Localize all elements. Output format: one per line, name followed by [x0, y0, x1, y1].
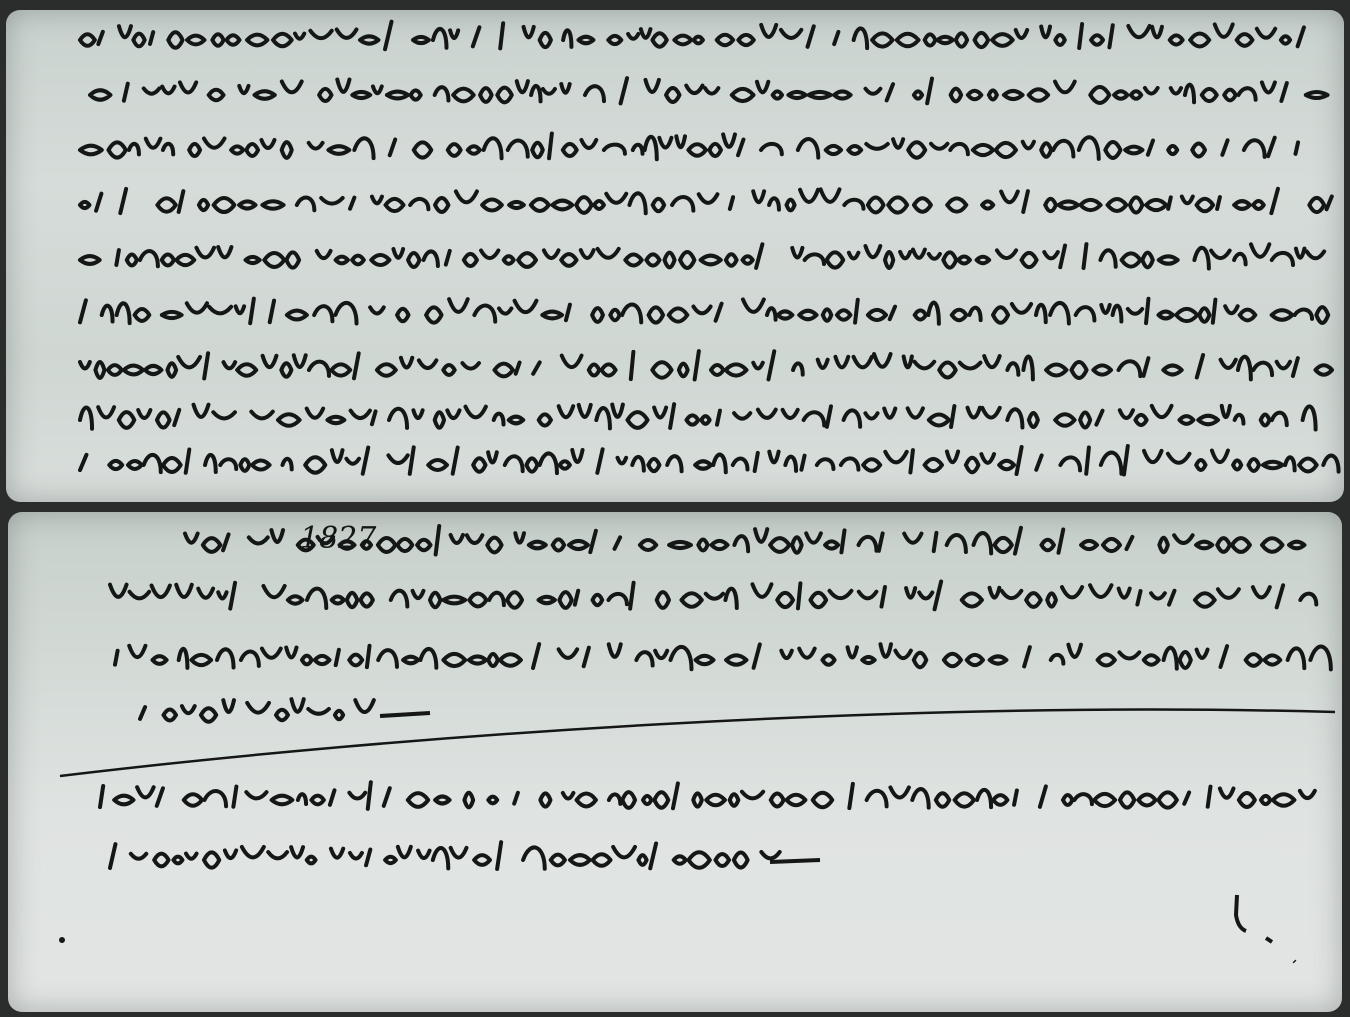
script-line [140, 699, 374, 722]
ink-dot [59, 937, 65, 943]
script-line [100, 782, 1315, 809]
script-line [80, 351, 1332, 379]
script-line [80, 446, 1339, 474]
script-line [80, 133, 1298, 159]
script-line [80, 299, 1328, 324]
script-line [110, 581, 1316, 609]
year-numeral: 1827 [300, 521, 377, 556]
handwritten-text: 1827 [0, 0, 1350, 1017]
script-line [90, 78, 1328, 103]
corner-mark [1236, 895, 1295, 962]
script-line [80, 22, 1304, 49]
divider-line [60, 710, 1335, 776]
script-line [80, 189, 1332, 213]
script-line [80, 244, 1324, 268]
script-line [110, 842, 780, 869]
script-line [80, 404, 1316, 429]
end-dash [770, 860, 820, 862]
end-dash [380, 713, 430, 716]
script-line [115, 644, 1331, 669]
